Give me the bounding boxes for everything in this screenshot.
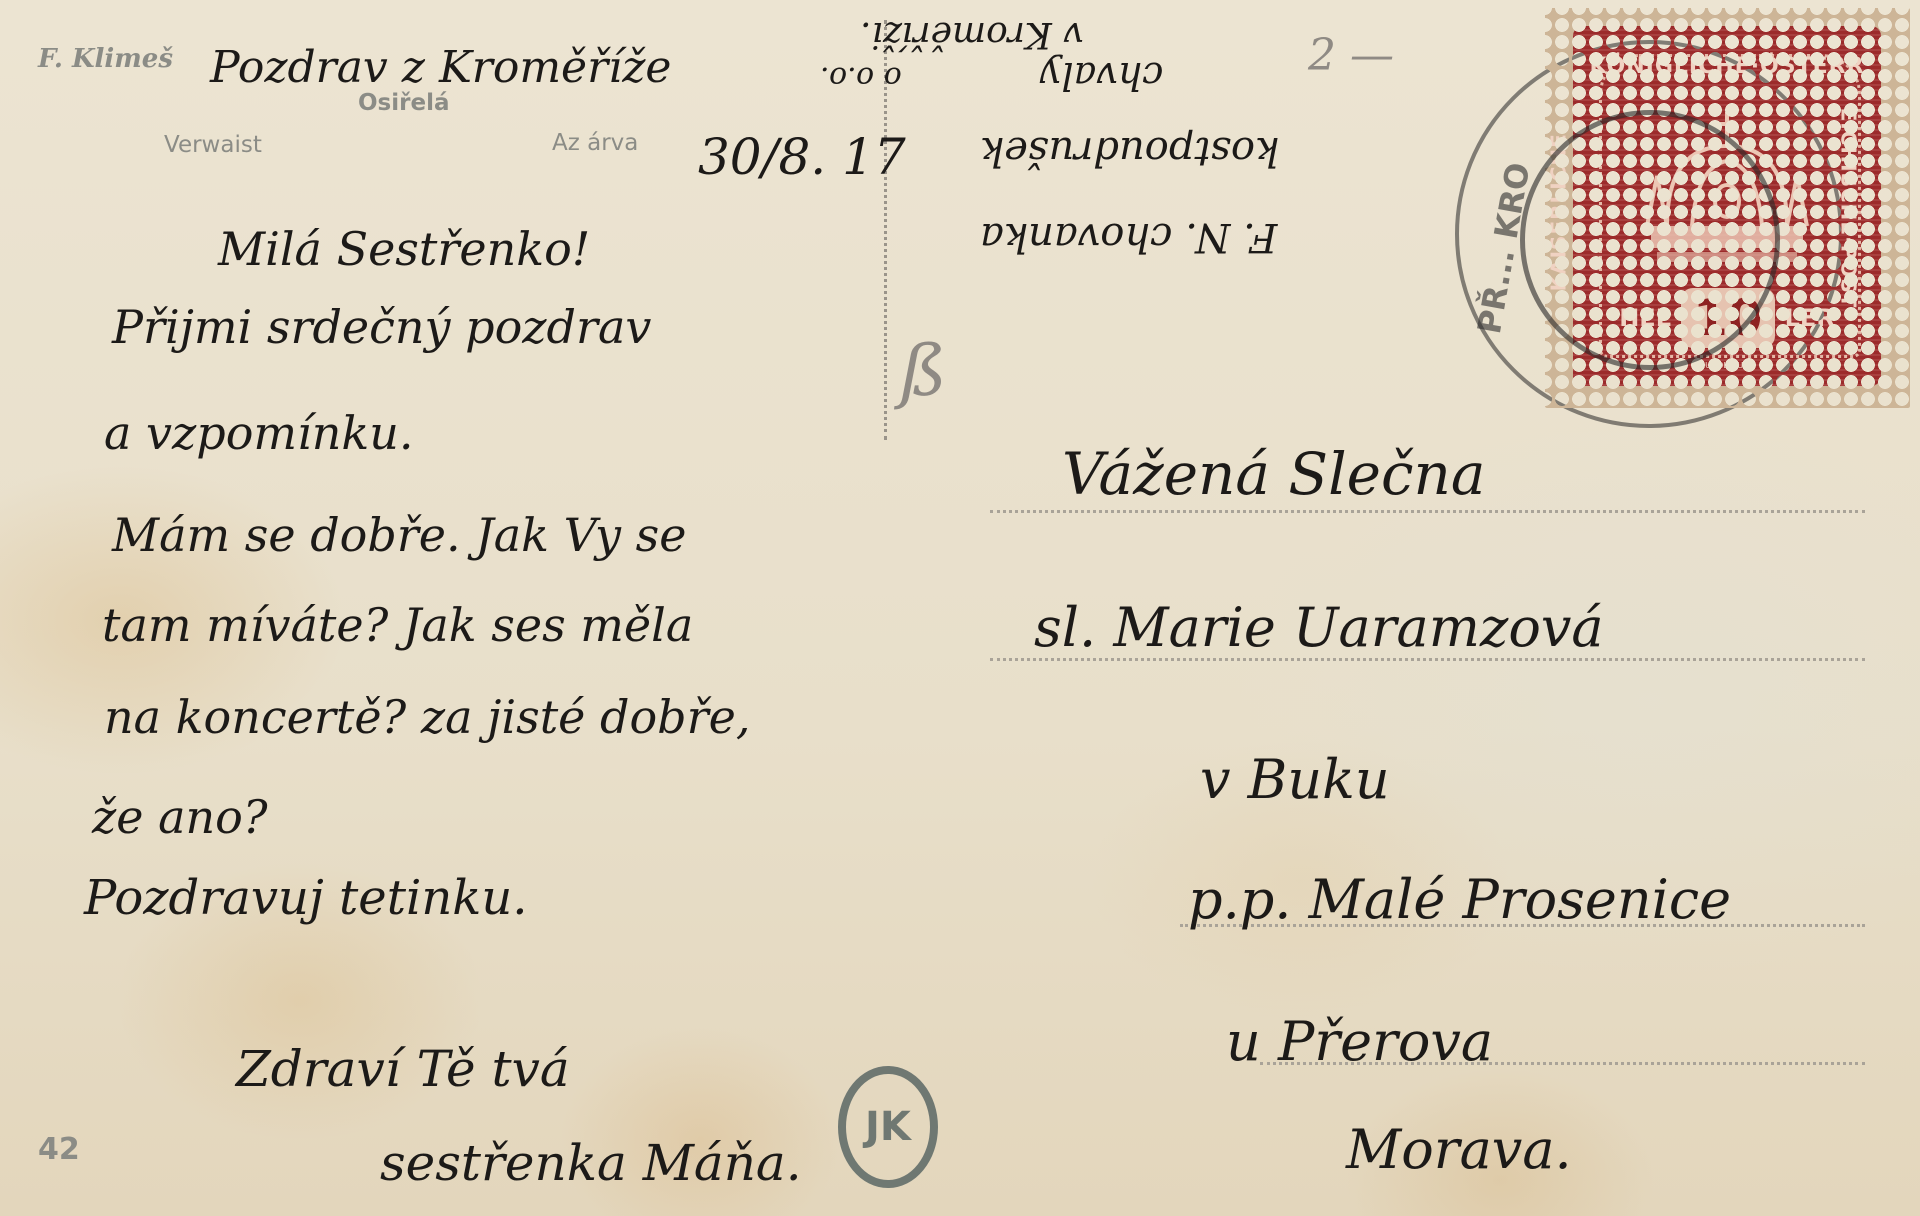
- address-line: u Přerova: [1226, 1010, 1493, 1073]
- title-german: Verwaist: [164, 132, 262, 158]
- address-line: Vážená Slečna: [1062, 440, 1485, 508]
- message-closing: Zdraví Tě tvá: [236, 1040, 570, 1098]
- address-line: p.p. Malé Prosenice: [1188, 868, 1731, 931]
- postmark-inner-ring: [1520, 110, 1780, 370]
- series-number: 42: [38, 1132, 80, 1167]
- logo-monogram: JK: [865, 1104, 911, 1150]
- upside-down-note-line: F. N. chovanka: [980, 214, 1277, 260]
- stamp-currency-right: LER: [1785, 304, 1835, 332]
- message-header: Pozdrav z Kroměříže: [210, 42, 671, 93]
- stamp-top-text: KÖNIGLICHE·ÖSTERR: [1573, 54, 1881, 79]
- message-line: tam míváte? Jak ses měla: [102, 598, 693, 652]
- postcard-back: F. Klimeš Osiřelá Verwaist Az árva 42 Po…: [0, 0, 1920, 1216]
- address-dotted-line: [990, 510, 1865, 513]
- message-line: Pozdravuj tetinku.: [84, 870, 528, 926]
- upside-down-note-line: v Kroměříži.: [860, 14, 1084, 55]
- address-line: Morava.: [1346, 1118, 1572, 1181]
- message-line: Přijmi srdečný pozdrav: [112, 300, 651, 354]
- message-line: a vzpomínku.: [104, 406, 414, 460]
- upside-down-dots: o o.o.: [820, 60, 902, 95]
- address-line: sl. Marie Uaramzová: [1034, 596, 1604, 659]
- upside-down-note-line: chvaly: [1040, 54, 1164, 98]
- message-signature: sestřenka Máňa.: [380, 1134, 802, 1192]
- publisher-logo: JK: [838, 1066, 938, 1188]
- publisher-name: F. Klimeš: [38, 44, 173, 74]
- pencil-mark-top: 2 —: [1308, 30, 1394, 81]
- message-salutation: Milá Sestřenko!: [218, 222, 590, 276]
- message-date: 30/8. 17: [698, 128, 906, 186]
- stamp-right-text: EICHISCHE·POST: [1836, 108, 1860, 309]
- message-line: Mám se dobře. Jak Vy se: [112, 508, 686, 562]
- title-hungarian: Az árva: [552, 130, 638, 156]
- upside-down-note-line: kostpoudrušek: [980, 128, 1279, 174]
- title-czech: Osiřelá: [358, 90, 449, 116]
- message-line: že ano?: [92, 790, 268, 844]
- address-line: v Buku: [1200, 748, 1390, 811]
- message-line: na koncertě? za jisté dobře,: [104, 690, 750, 744]
- pencil-mark-center: ß: [900, 330, 947, 412]
